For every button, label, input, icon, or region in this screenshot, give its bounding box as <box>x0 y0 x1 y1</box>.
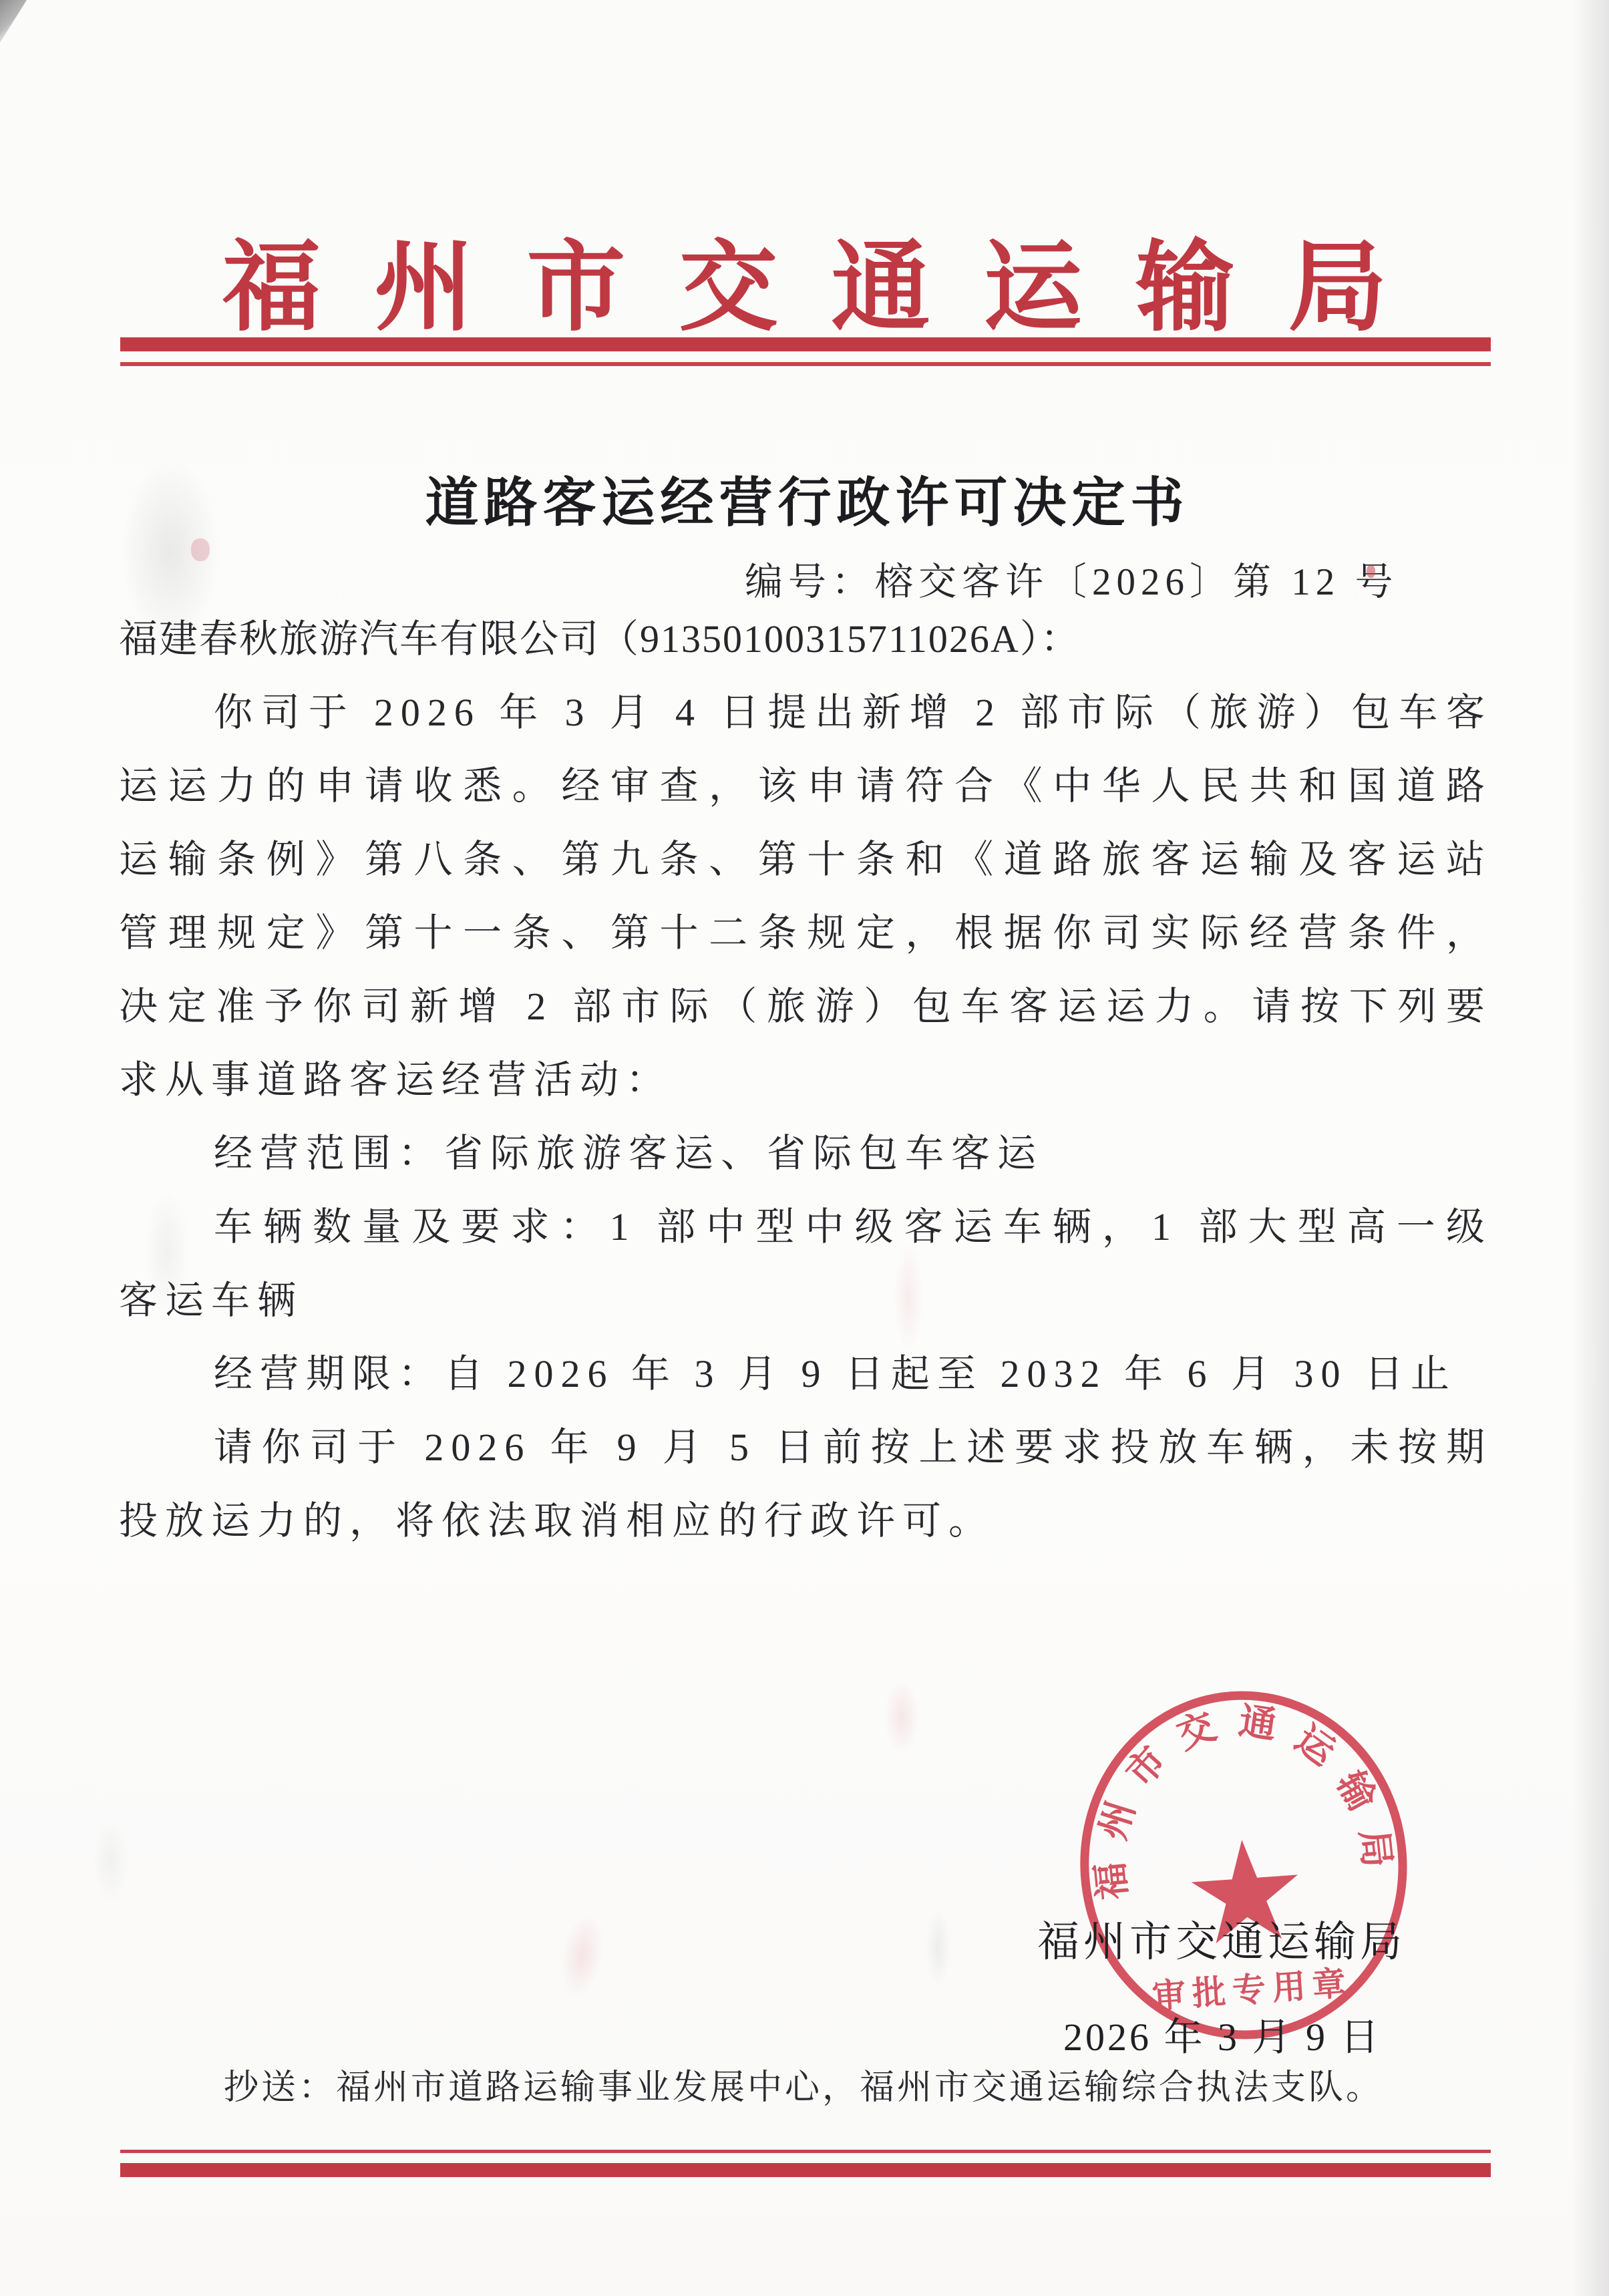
document-number: 编号：榕交客许〔2026〕第 12 号 <box>745 551 1399 606</box>
agency-letterhead: 福州市交通运输局 <box>0 208 1609 350</box>
document-body: 福建春秋旅游汽车有限公司（91350100315711026A）： 你司于 20… <box>119 603 1492 1558</box>
addressee-line: 福建春秋旅游汽车有限公司（91350100315711026A）： <box>119 603 1492 676</box>
footer-rule-thin <box>120 2150 1491 2153</box>
body-line: 求从事道路客运经营活动： <box>119 1043 1492 1117</box>
body-line: 请你司于 2026 年 9 月 5 日前按上述要求投放车辆，未按期 <box>119 1411 1492 1484</box>
letterhead-rule-thin <box>120 362 1491 366</box>
scanned-permit-page: 福州市交通运输局 道路客运经营行政许可决定书 编号：榕交客许〔2026〕第 12… <box>0 0 1609 2296</box>
body-line-vehicle-requirements: 车辆数量及要求：1 部中型中级客运车辆，1 部大型高一级 <box>119 1190 1492 1264</box>
scan-smudge <box>920 1891 956 2004</box>
document-title: 道路客运经营行政许可决定书 <box>0 460 1609 536</box>
signature-agency: 福州市交通运输局 <box>1037 1908 1406 1969</box>
cc-distribution-line: 抄送：福州市道路运输事业发展中心，福州市交通运输综合执法支队。 <box>224 2059 1383 2109</box>
signature-date: 2026 年 3 月 9 日 <box>1063 2005 1382 2062</box>
scan-smudge <box>84 1797 138 1924</box>
body-line: 客运车辆 <box>119 1264 1492 1337</box>
footer-rule-thick <box>120 2163 1491 2177</box>
scan-ink-smear <box>544 1893 620 2018</box>
body-line: 投放运力的，将依法取消相应的行政许可。 <box>119 1484 1492 1558</box>
body-line-business-scope: 经营范围：省际旅游客运、省际包车客运 <box>119 1117 1492 1190</box>
official-seal: 福州市交通运输局 审批专用章 <box>1065 1677 1423 2054</box>
body-line: 管理规定》第十一条、第十二条规定，根据你司实际经营条件， <box>119 896 1492 970</box>
body-line: 决定准予你司新增 2 部市际（旅游）包车客运运力。请按下列要 <box>119 970 1492 1043</box>
body-line-operation-period: 经营期限：自 2026 年 3 月 9 日起至 2032 年 6 月 30 日止 <box>119 1337 1492 1411</box>
body-line: 运输条例》第八条、第九条、第十条和《道路旅客运输及客运站 <box>119 823 1492 896</box>
letterhead-rule-thick <box>120 337 1491 351</box>
scan-corner-mark <box>0 0 27 43</box>
body-line: 运运力的申请收悉。经审查，该申请符合《中华人民共和国道路 <box>119 750 1492 823</box>
body-line: 你司于 2026 年 3 月 4 日提出新增 2 部市际（旅游）包车客 <box>119 676 1492 750</box>
scan-ink-speck <box>191 538 210 561</box>
scan-ink-smear <box>878 1667 926 1767</box>
